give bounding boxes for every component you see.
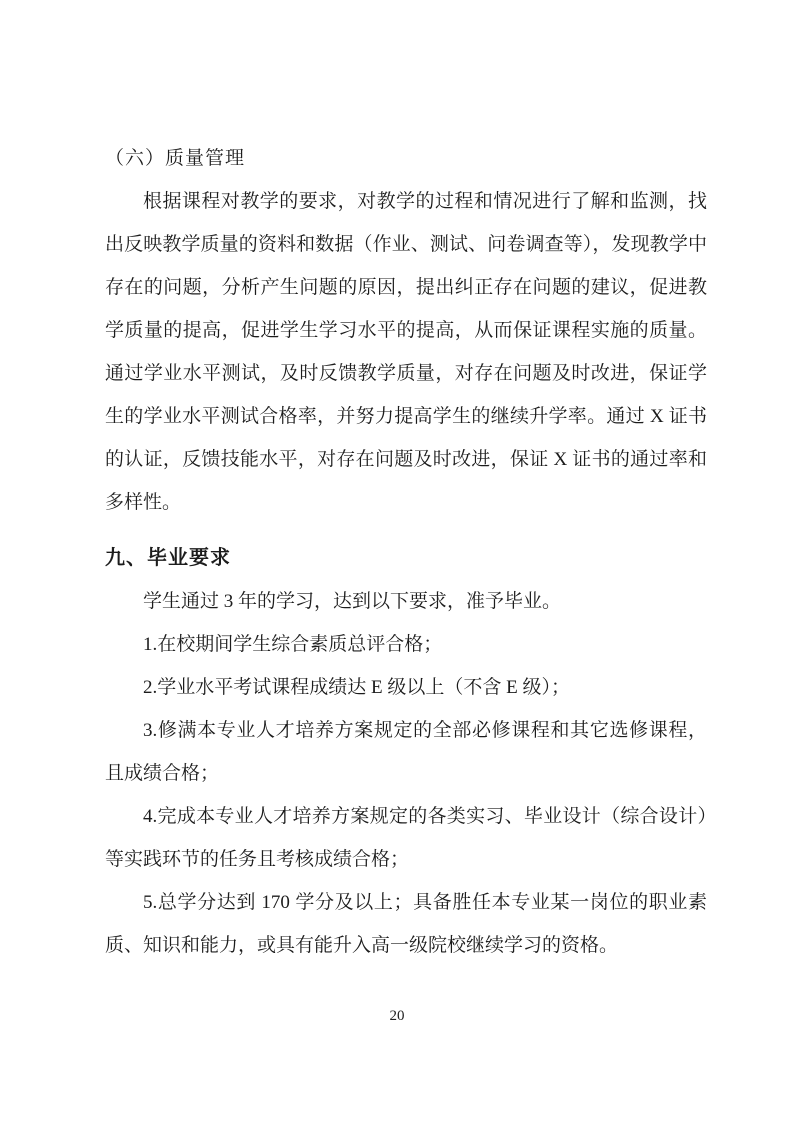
- paragraph-quality-management: 根据课程对教学的要求，对教学的过程和情况进行了解和监测，找出反映教学质量的资料和…: [105, 180, 707, 524]
- graduation-requirement-item-3: 3.修满本专业人才培养方案规定的全部必修课程和其它选修课程，且成绩合格；: [105, 709, 707, 795]
- graduation-requirement-item-5: 5.总学分达到 170 学分及以上；具备胜任本专业某一岗位的职业素质、知识和能力…: [105, 881, 707, 967]
- graduation-requirement-item-4: 4.完成本专业人才培养方案规定的各类实习、毕业设计（综合设计）等实践环节的任务且…: [105, 795, 707, 881]
- heading-graduation-requirements: 九、毕业要求: [105, 537, 707, 580]
- page-number: 20: [0, 1005, 794, 1027]
- document-body: （六）质量管理 根据课程对教学的要求，对教学的过程和情况进行了解和监测，找出反映…: [105, 137, 707, 967]
- graduation-requirement-item-2: 2.学业水平考试课程成绩达 E 级以上（不含 E 级）；: [105, 666, 707, 709]
- paragraph-graduation-intro: 学生通过 3 年的学习，达到以下要求，准予毕业。: [105, 580, 707, 623]
- graduation-requirement-item-1: 1.在校期间学生综合素质总评合格；: [105, 623, 707, 666]
- document-page: （六）质量管理 根据课程对教学的要求，对教学的过程和情况进行了解和监测，找出反映…: [0, 0, 794, 1122]
- heading-quality-management: （六）质量管理: [105, 137, 707, 180]
